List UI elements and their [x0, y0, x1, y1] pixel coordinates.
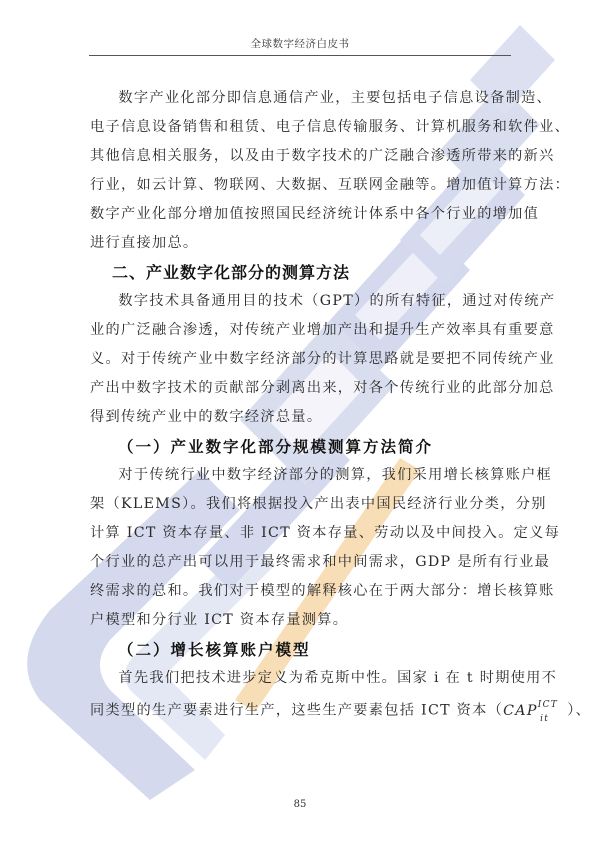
text-line: 对于传统行业中数字经济部分的测算，我们采用增长核算账户框 — [90, 461, 508, 490]
subsection-heading-1: （一）产业数字化部分规模测算方法简介 — [90, 432, 508, 461]
document-page: 全球数字经济白皮书 数字产业化部分即信息通信产业，主要包括电子信息设备制造、 电… — [0, 0, 600, 848]
text-line: 义。对于传统产业中数字经济部分的计算思路就是要把不同传统产业 — [90, 345, 508, 374]
text-line: 终需求的总和。我们对于模型的解释核心在于两大部分：增长核算账 — [90, 577, 508, 606]
paragraph-industrial-digitalization: 数字技术具备通用目的技术（GPT）的所有特征，通过对传统产 业的广泛融合渗透，对… — [90, 287, 508, 432]
math-superscript: ICT — [538, 700, 558, 710]
paragraph-digital-industrialization: 数字产业化部分即信息通信产业，主要包括电子信息设备制造、 电子信息设备销售和租赁… — [90, 84, 508, 258]
text-line: 行业，如云计算、物联网、大数据、互联网金融等。增加值计算方法： — [90, 171, 508, 200]
text-line: 个行业的总产出可以用于最终需求和中间需求，GDP 是所有行业最 — [90, 548, 508, 577]
math-cap-ict: CAPICTit — [503, 703, 567, 719]
text-line: 户模型和分行业 ICT 资本存量测算。 — [90, 606, 508, 635]
text-line: 业的广泛融合渗透，对传统产业增加产出和提升生产效率具有重要意 — [90, 316, 508, 345]
math-base: CAP — [503, 703, 538, 719]
section-heading: 二、产业数字化部分的测算方法 — [90, 258, 508, 287]
text-line: 架（KLEMS）。我们将根据投入产出表中国民经济行业分类，分别 — [90, 490, 508, 519]
text-line: 得到传统产业中的数字经济总量。 — [90, 403, 508, 432]
header-divider — [89, 55, 511, 56]
text-fragment: 同类型的生产要素进行生产，这些生产要素包括 ICT 资本（ — [90, 703, 503, 719]
running-header-title: 全球数字经济白皮书 — [89, 36, 511, 51]
text-line: 首先我们把技术进步定义为希克斯中性。国家 i 在 t 时期使用不 — [90, 664, 508, 693]
text-fragment: ）、 — [567, 703, 591, 719]
text-line: 同类型的生产要素进行生产，这些生产要素包括 ICT 资本（CAPICTit）、 — [90, 693, 508, 732]
text-line: 产出中数字技术的贡献部分剥离出来，对各个传统行业的此部分加总 — [90, 374, 508, 403]
text-line: 计算 ICT 资本存量、非 ICT 资本存量、劳动以及中间投入。定义每 — [90, 519, 508, 548]
math-subscript: it — [540, 714, 549, 724]
subsection-heading-2: （二）增长核算账户模型 — [90, 635, 508, 664]
paragraph-klems-method: 对于传统行业中数字经济部分的测算，我们采用增长核算账户框 架（KLEMS）。我们… — [90, 461, 508, 635]
text-line: 电子信息设备销售和租赁、电子信息传输服务、计算机服务和软件业、 — [90, 113, 508, 142]
text-line: 数字产业化部分增加值按照国民经济统计体系中各个行业的增加值 — [90, 200, 508, 229]
text-line: 数字技术具备通用目的技术（GPT）的所有特征，通过对传统产 — [90, 287, 508, 316]
page-number: 85 — [0, 799, 600, 810]
text-line: 数字产业化部分即信息通信产业，主要包括电子信息设备制造、 — [90, 84, 508, 113]
body-content: 数字产业化部分即信息通信产业，主要包括电子信息设备制造、 电子信息设备销售和租赁… — [90, 84, 508, 732]
text-line: 其他信息相关服务，以及由于数字技术的广泛融合渗透所带来的新兴 — [90, 142, 508, 171]
paragraph-growth-accounting: 首先我们把技术进步定义为希克斯中性。国家 i 在 t 时期使用不 同类型的生产要… — [90, 664, 508, 732]
text-line: 进行直接加总。 — [90, 229, 508, 258]
